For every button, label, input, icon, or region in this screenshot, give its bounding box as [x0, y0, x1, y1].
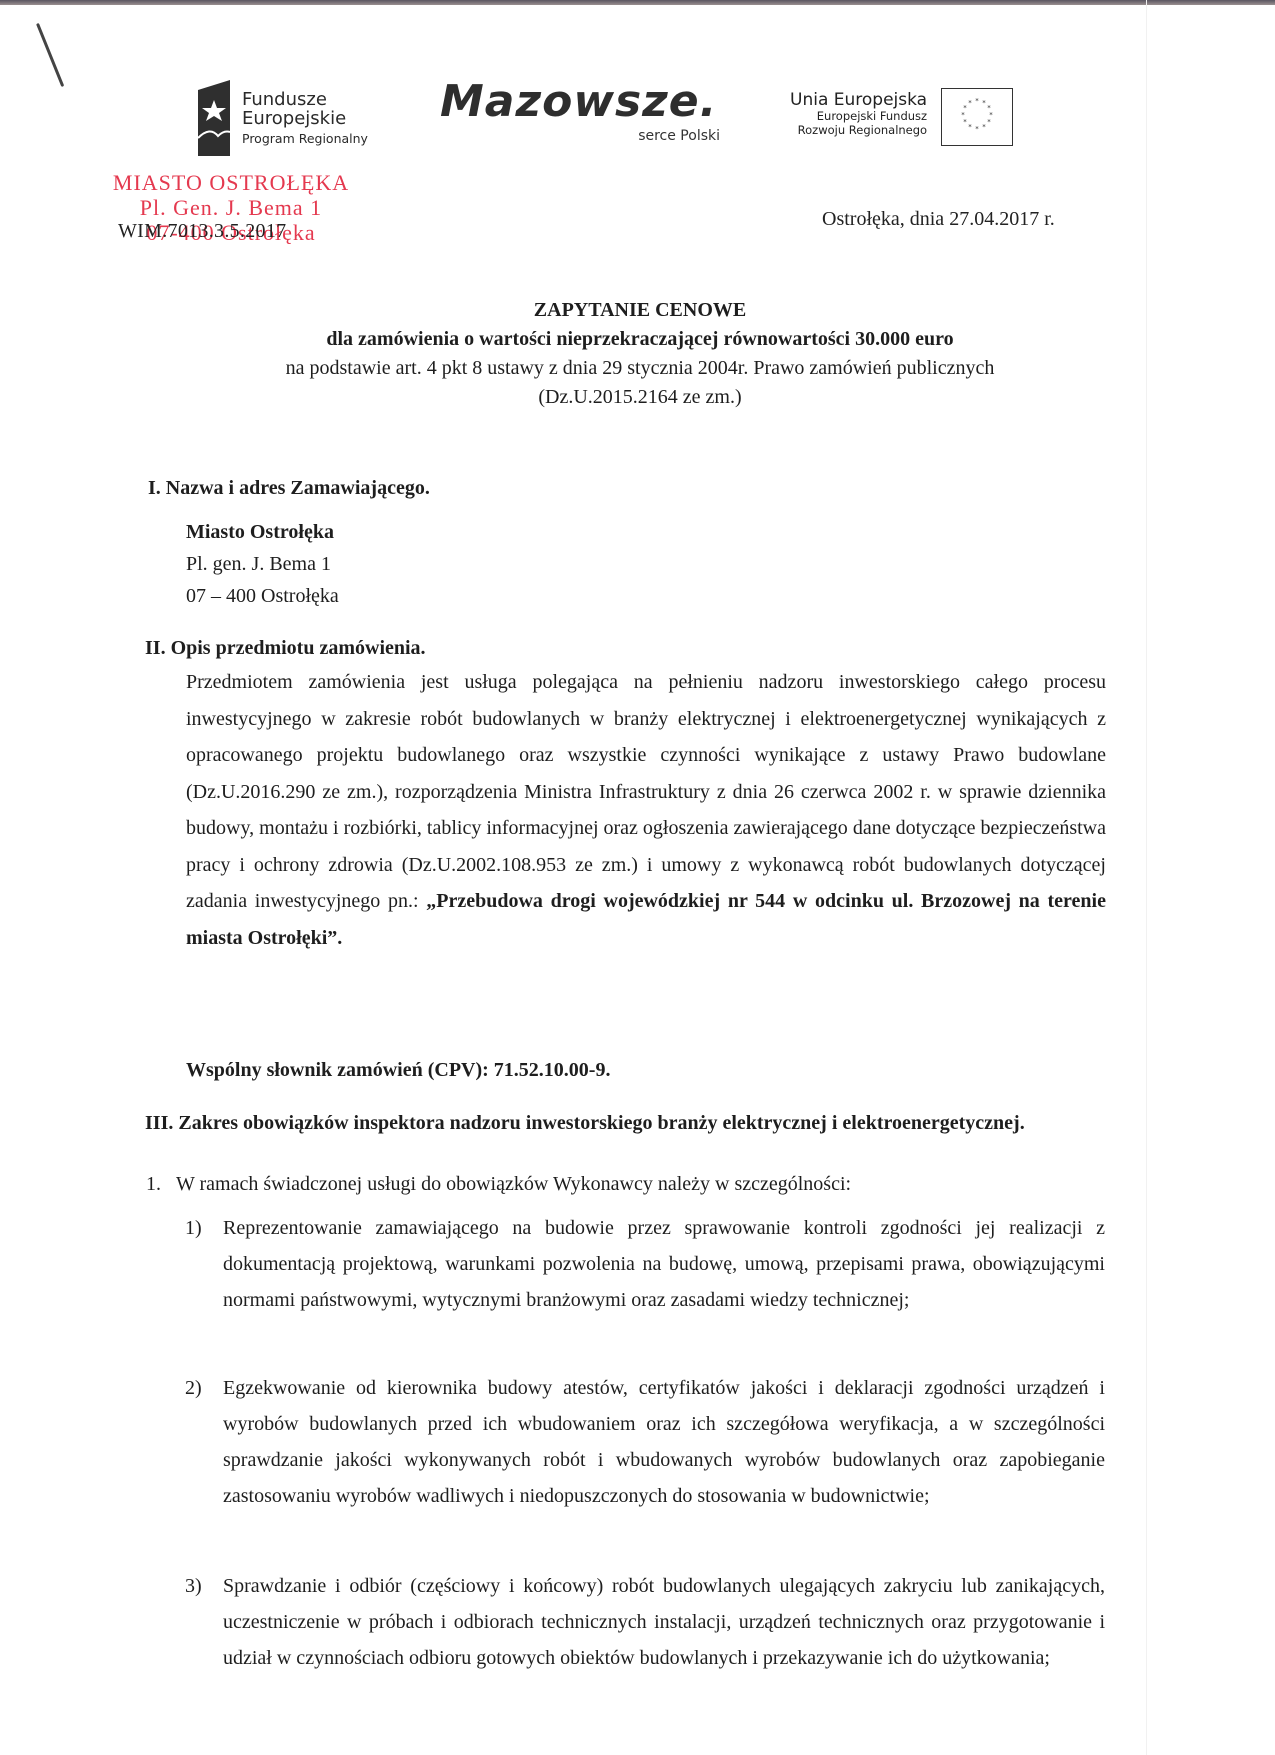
duty-item-text: Egzekwowanie od kierownika budowy atestó…: [223, 1370, 1105, 1514]
fe-line2: Europejskie: [242, 110, 368, 129]
duty-item-3: 3) Sprawdzanie i odbiór (częściowy i koń…: [185, 1568, 1105, 1676]
contracting-party-address2: 07 – 400 Ostrołęka: [186, 580, 339, 612]
duty-item-number: 1): [185, 1210, 202, 1246]
title-line1: ZAPYTANIE CENOWE: [140, 296, 1140, 325]
mazowsze-wordmark: Mazowsze.: [440, 80, 740, 124]
stamp-line1: MIASTO OSTROŁĘKA: [86, 170, 376, 195]
svg-text:*: *: [982, 123, 986, 131]
eu-line3: Rozwoju Regionalnego: [790, 124, 927, 138]
point1-text: W ramach świadczonej usługi do obowiązkó…: [176, 1173, 851, 1195]
duty-item-1: 1) Reprezentowanie zamawiającego na budo…: [185, 1210, 1105, 1318]
contracting-party-address1: Pl. gen. J. Bema 1: [186, 548, 339, 580]
eu-flag-icon: *** *** *** ***: [941, 88, 1013, 146]
scan-right-edge: [1146, 0, 1147, 1755]
svg-text:*: *: [975, 97, 979, 105]
svg-text:*: *: [968, 123, 972, 131]
duty-item-text: Reprezentowanie zamawiającego na budowie…: [223, 1210, 1105, 1318]
pen-mark: [36, 23, 64, 87]
fe-star-icon: [196, 80, 232, 156]
duty-item-number: 3): [185, 1568, 202, 1604]
eu-line2: Europejski Fundusz: [790, 110, 927, 124]
section3-point1: 1.W ramach świadczonej usługi do obowiąz…: [146, 1166, 1106, 1202]
mazowsze-tagline: serce Polski: [440, 128, 740, 144]
point1-number: 1.: [146, 1166, 176, 1202]
section2-body: Przedmiotem zamówienia jest usługa poleg…: [186, 664, 1106, 956]
duty-item-number: 2): [185, 1370, 202, 1406]
cpv-code: Wspólny słownik zamówień (CPV): 71.52.10…: [186, 1052, 610, 1088]
section2-description: Przedmiotem zamówienia jest usługa poleg…: [186, 671, 1106, 912]
title-line4: (Dz.U.2015.2164 ze zm.): [140, 383, 1140, 412]
document-date: Ostrołęka, dnia 27.04.2017 r.: [822, 208, 1055, 231]
eu-line1: Unia Europejska: [790, 90, 927, 110]
mazowsze-logo: Mazowsze. serce Polski: [440, 80, 740, 144]
svg-text:*: *: [987, 118, 991, 126]
svg-text:*: *: [963, 104, 967, 112]
section1-heading: I. Nazwa i adres Zamawiającego.: [148, 470, 430, 506]
contracting-party-name: Miasto Ostrołęka: [186, 516, 339, 548]
stamp-line2: Pl. Gen. J. Bema 1: [86, 195, 376, 220]
svg-text:*: *: [982, 99, 986, 107]
svg-text:*: *: [963, 118, 967, 126]
svg-text:*: *: [968, 99, 972, 107]
title-line2: dla zamówienia o wartości nieprzekraczaj…: [140, 325, 1140, 354]
unia-europejska-logo: Unia Europejska Europejski Fundusz Rozwo…: [790, 90, 1013, 146]
section2-heading: II. Opis przedmiotu zamówienia.: [145, 630, 426, 666]
document-signature: WIM.7013.3.5.2017: [118, 220, 286, 243]
fe-line3: Program Regionalny: [242, 132, 368, 145]
section3-heading: III. Zakres obowiązków inspektora nadzor…: [145, 1108, 1107, 1138]
svg-text:*: *: [975, 125, 979, 133]
section1-address: Miasto Ostrołęka Pl. gen. J. Bema 1 07 –…: [186, 516, 339, 612]
document-title: ZAPYTANIE CENOWE dla zamówienia o wartoś…: [140, 296, 1140, 412]
svg-text:*: *: [961, 111, 965, 119]
duty-item-2: 2) Egzekwowanie od kierownika budowy ate…: [185, 1370, 1105, 1514]
title-line3: na podstawie art. 4 pkt 8 ustawy z dnia …: [140, 354, 1140, 383]
duty-item-text: Sprawdzanie i odbiór (częściowy i końcow…: [223, 1568, 1105, 1676]
fundusze-europejskie-logo: Fundusze Europejskie Program Regionalny: [196, 80, 368, 156]
scan-top-edge: [0, 0, 1275, 5]
